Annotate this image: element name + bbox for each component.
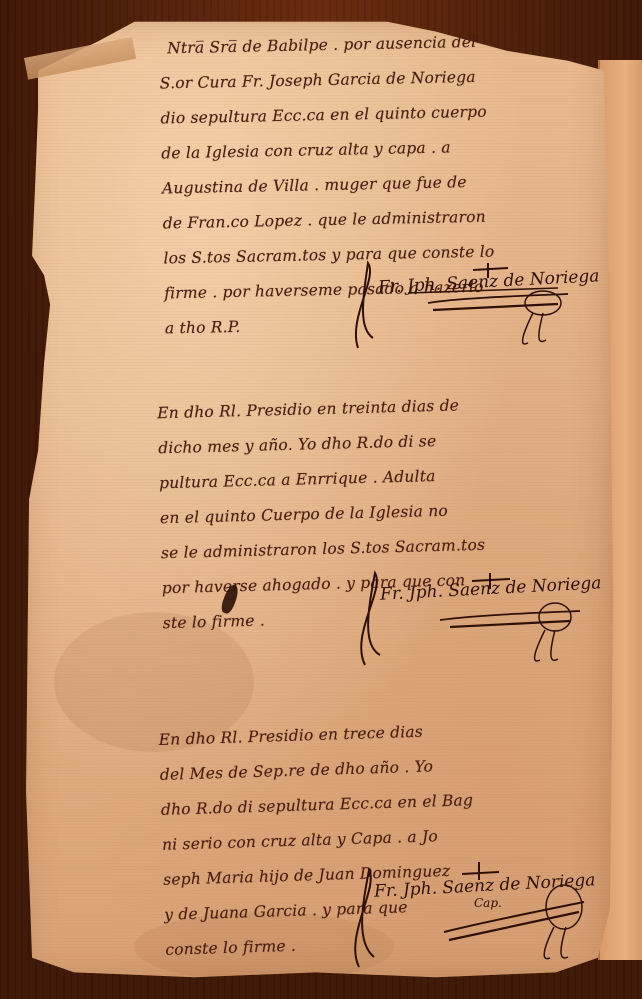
signature-title: Cap. xyxy=(474,896,502,910)
document-photo: Nº 12 Ntra̅ Sra̅ de Babilpe . por ausenc… xyxy=(0,0,642,999)
signature-2: Fr. Jph. Saenz de Noriega xyxy=(340,565,580,655)
signature-3: Fr. Jph. Saenz de Noriega Cap. xyxy=(334,862,574,952)
marginal-note: Nº 12 xyxy=(196,10,234,25)
signature-1: Fr. Jph. Saenz de Noriega xyxy=(338,258,578,348)
